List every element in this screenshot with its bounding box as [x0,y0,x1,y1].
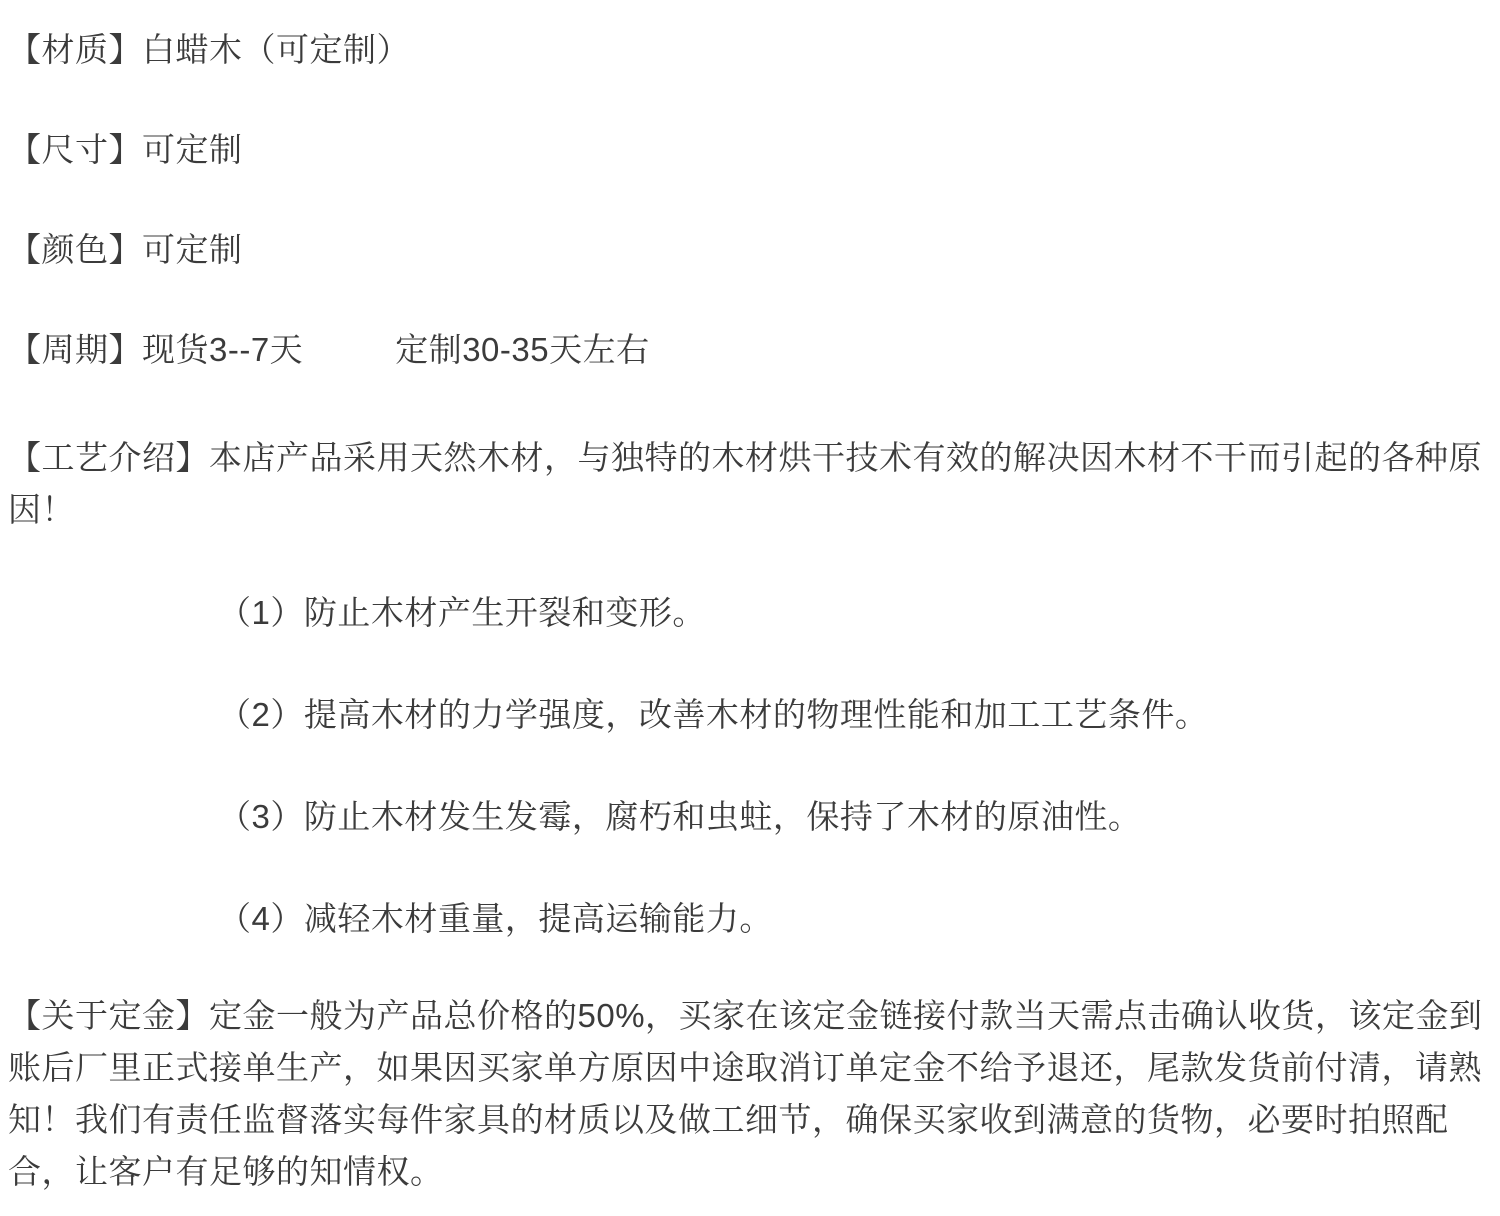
spec-row-material: 【材质】白蜡木（可定制） [8,24,1486,76]
process-point-1: （1）防止木材产生开裂和变形。 [8,587,1486,639]
spec-label: 【周期】 [8,331,142,368]
spec-value: 可定制 [142,231,243,268]
spec-row-period: 【周期】现货3--7天定制30-35天左右 [8,324,1486,376]
product-description-image: 【材质】白蜡木（可定制） 【尺寸】可定制 【颜色】可定制 【周期】现货3--7天… [0,0,1500,1216]
spec-label: 【材质】 [8,31,142,68]
spec-label: 【尺寸】 [8,131,142,168]
spec-label: 【颜色】 [8,231,142,268]
spec-value-stock: 现货3--7天 [142,331,303,368]
spec-row-color: 【颜色】可定制 [8,224,1486,276]
spec-value-custom: 定制30-35天左右 [395,331,649,368]
process-point-4: （4）减轻木材重量，提高运输能力。 [8,893,1486,945]
process-point-3: （3）防止木材发生发霉，腐朽和虫蛀，保持了木材的原油性。 [8,791,1486,843]
spec-value: 白蜡木（可定制） [142,31,410,68]
process-intro-paragraph: 【工艺介绍】本店产品采用天然木材，与独特的木材烘干技术有效的解决因木材不干而引起… [8,432,1486,536]
process-point-2: （2）提高木材的力学强度，改善木材的物理性能和加工工艺条件。 [8,689,1486,741]
spec-row-size: 【尺寸】可定制 [8,124,1486,176]
spec-value: 可定制 [142,131,243,168]
description-content: 【材质】白蜡木（可定制） 【尺寸】可定制 【颜色】可定制 【周期】现货3--7天… [0,0,1500,1198]
spacer [303,360,395,361]
deposit-policy-paragraph: 【关于定金】定金一般为产品总价格的50%，买家在该定金链接付款当天需点击确认收货… [8,990,1486,1198]
